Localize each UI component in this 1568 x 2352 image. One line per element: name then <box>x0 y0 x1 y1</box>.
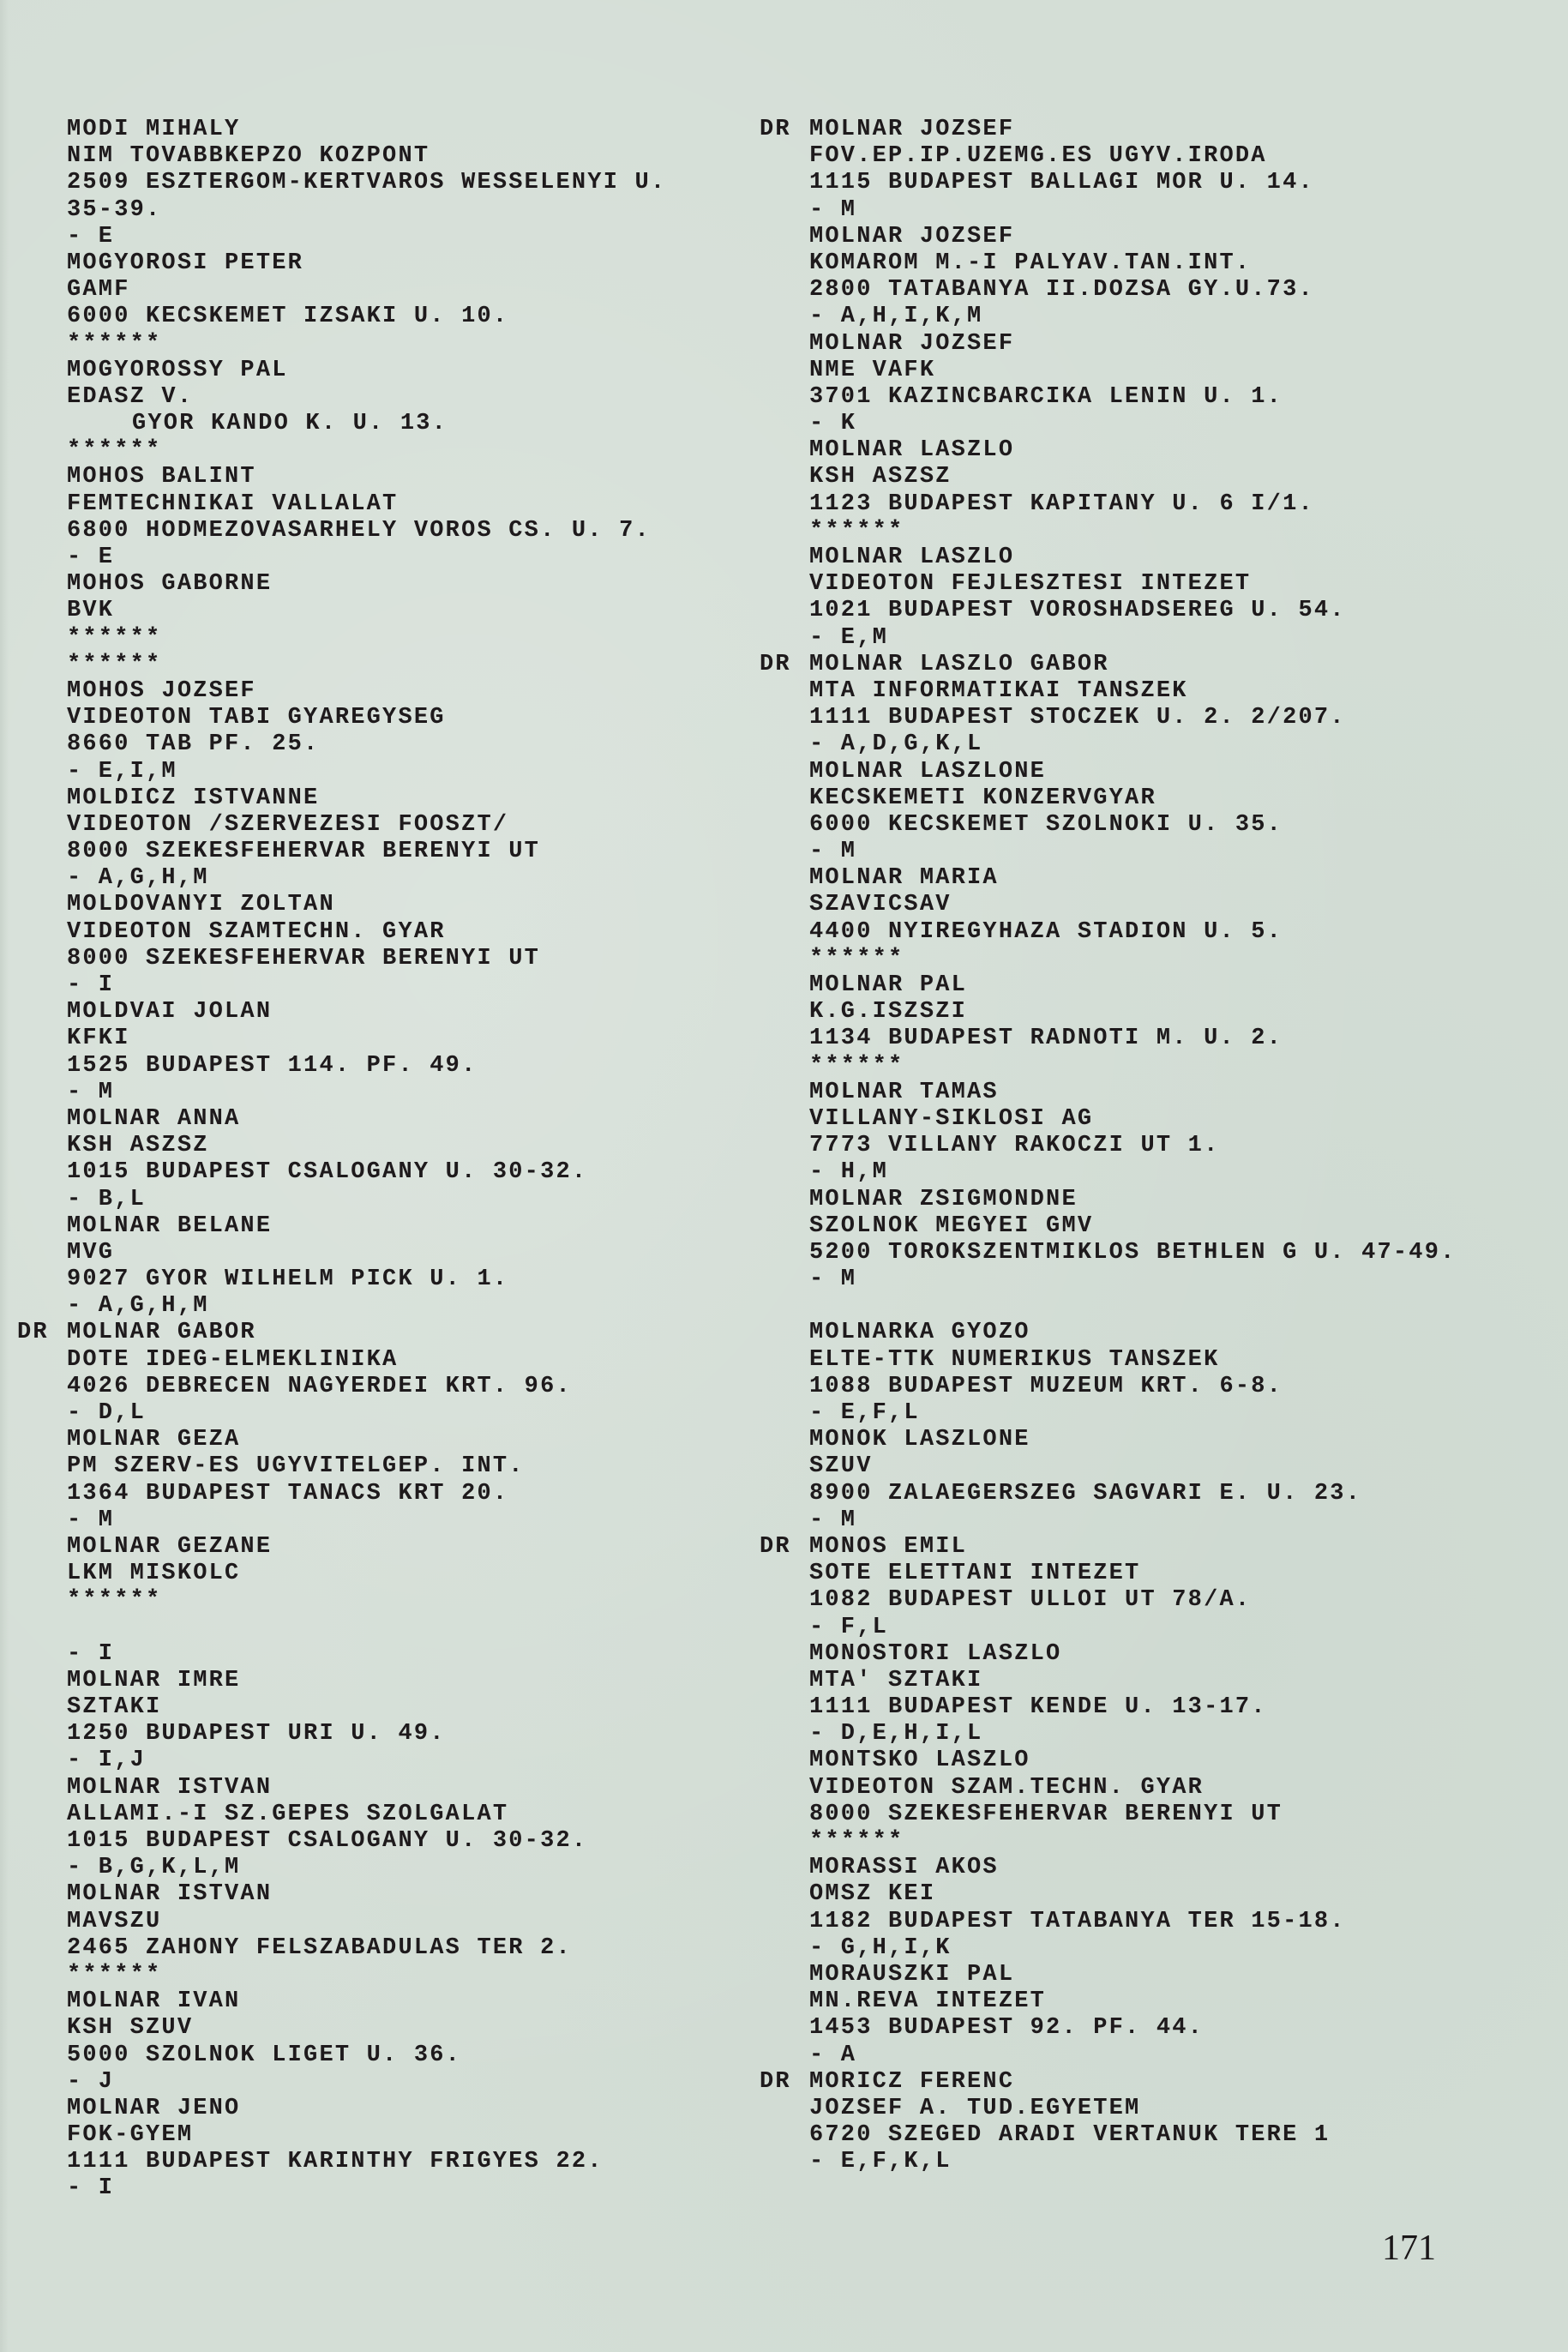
line-text: MONTSKO LASZLO <box>809 1747 1030 1773</box>
directory-line: - M <box>809 839 1457 865</box>
line-text: 1111 BUDAPEST KARINTHY FRIGYES 22. <box>67 2149 604 2175</box>
line-text: 1015 BUDAPEST CSALOGANY U. 30-32. <box>67 1828 587 1854</box>
line-text: BVK <box>67 598 114 623</box>
directory-line: - E,F,K,L <box>809 2149 1457 2175</box>
page-edge-shadow <box>0 0 9 2352</box>
directory-line: 6000 KECSKEMET SZOLNOKI U. 35. <box>809 812 1457 839</box>
directory-line: 9027 GYOR WILHELM PICK U. 1. <box>67 1266 666 1293</box>
directory-line: - A,G,H,M <box>67 1293 666 1320</box>
directory-line: BVK <box>67 598 666 624</box>
directory-line: - D,L <box>67 1400 666 1427</box>
directory-line: ****** <box>67 1962 666 1988</box>
directory-line: MOLNAR ISTVAN <box>67 1775 666 1802</box>
line-text: 1182 BUDAPEST TATABANYA TER 15-18. <box>809 1909 1346 1934</box>
line-text: MOHOS JOZSEF <box>67 678 256 704</box>
line-text: ****** <box>67 625 161 651</box>
directory-line: VIDEOTON /SZERVEZESI FOOSZT/ <box>67 812 666 839</box>
line-text: - B,L <box>67 1187 146 1212</box>
directory-line: - B,L <box>67 1187 666 1213</box>
directory-line: ALLAMI.-I SZ.GEPES SZOLGALAT <box>67 1802 666 1828</box>
line-text: 3701 KAZINCBARCIKA LENIN U. 1. <box>809 384 1283 410</box>
directory-line <box>809 1293 1457 1320</box>
line-text: KECSKEMETI KONZERVGYAR <box>809 785 1156 811</box>
line-text: MOHOS BALINT <box>67 464 256 490</box>
line-text: 2465 ZAHONY FELSZABADULAS TER 2. <box>67 1935 572 1961</box>
directory-line: 3701 KAZINCBARCIKA LENIN U. 1. <box>809 384 1457 411</box>
directory-line: - A <box>809 2042 1457 2069</box>
directory-line: 1015 BUDAPEST CSALOGANY U. 30-32. <box>67 1159 666 1186</box>
line-text: KSH ASZSZ <box>67 1133 209 1158</box>
directory-line: SZAVICSAV <box>809 892 1457 918</box>
directory-line: DRMOLNAR JOZSEF <box>809 117 1457 143</box>
directory-line: MONTSKO LASZLO <box>809 1747 1457 1774</box>
directory-line: KFKI <box>67 1026 666 1052</box>
directory-line: 5200 TOROKSZENTMIKLOS BETHLEN G U. 47-49… <box>809 1240 1457 1266</box>
title-prefix: DR <box>17 1320 49 1346</box>
directory-line: 4026 DEBRECEN NAGYERDEI KRT. 96. <box>67 1374 666 1400</box>
line-text: FOK-GYEM <box>67 2122 193 2148</box>
line-text: - K <box>809 411 856 436</box>
directory-line: MOLNAR JOZSEF <box>809 331 1457 358</box>
directory-line: 1364 BUDAPEST TANACS KRT 20. <box>67 1481 666 1507</box>
line-text: FOV.EP.IP.UZEMG.ES UGYV.IRODA <box>809 143 1267 169</box>
directory-line: - A,H,I,K,M <box>809 304 1457 330</box>
left-column: MODI MIHALYNIM TOVABBKEPZO KOZPONT2509 E… <box>67 117 666 2203</box>
directory-line: - I <box>67 1641 666 1668</box>
directory-line: MONOK LASZLONE <box>809 1427 1457 1453</box>
directory-line: - K <box>809 411 1457 437</box>
title-prefix: DR <box>760 652 791 678</box>
line-text: 2800 TATABANYA II.DOZSA GY.U.73. <box>809 277 1314 303</box>
directory-line: MVG <box>67 1240 666 1266</box>
directory-line: KSH ASZSZ <box>809 464 1457 490</box>
directory-line: - M <box>809 197 1457 224</box>
directory-line: SOTE ELETTANI INTEZET <box>809 1561 1457 1587</box>
directory-line: 1250 BUDAPEST URI U. 49. <box>67 1721 666 1747</box>
directory-line: MTA' SZTAKI <box>809 1668 1457 1694</box>
line-text: - I,J <box>67 1747 146 1773</box>
directory-line: 35-39. <box>67 197 666 224</box>
line-text: ****** <box>809 518 904 544</box>
title-prefix: DR <box>760 1534 791 1561</box>
line-text: DOTE IDEG-ELMEKLINIKA <box>67 1347 398 1373</box>
directory-line: GYOR KANDO K. U. 13. <box>67 411 666 437</box>
directory-line: 1111 BUDAPEST STOCZEK U. 2. 2/207. <box>809 705 1457 731</box>
line-text: 4026 DEBRECEN NAGYERDEI KRT. 96. <box>67 1374 572 1399</box>
directory-line: - G,H,I,K <box>809 1935 1457 1962</box>
line-text: JOZSEF A. TUD.EGYETEM <box>809 2096 1140 2121</box>
line-text: 8900 ZALAEGERSZEG SAGVARI E. U. 23. <box>809 1481 1361 1507</box>
line-text: ****** <box>809 1828 904 1854</box>
line-text: ELTE-TTK NUMERIKUS TANSZEK <box>809 1347 1219 1373</box>
directory-line: 1111 BUDAPEST KARINTHY FRIGYES 22. <box>67 2149 666 2175</box>
directory-line: - M <box>67 1507 666 1534</box>
line-text: 6720 SZEGED ARADI VERTANUK TERE 1 <box>809 2122 1330 2148</box>
line-text: KSH SZUV <box>67 2015 193 2041</box>
directory-line: 6000 KECSKEMET IZSAKI U. 10. <box>67 304 666 330</box>
line-text: MOLNAR LASZLONE <box>809 759 1046 785</box>
line-text: 1250 BUDAPEST URI U. 49. <box>67 1721 446 1747</box>
line-text: 1525 BUDAPEST 114. PF. 49. <box>67 1053 477 1079</box>
directory-line: - A,G,H,M <box>67 865 666 892</box>
line-text: 5200 TOROKSZENTMIKLOS BETHLEN G U. 47-49… <box>809 1240 1457 1266</box>
directory-line: 4400 NYIREGYHAZA STADION U. 5. <box>809 919 1457 946</box>
directory-line: - H,M <box>809 1159 1457 1186</box>
line-text: - E,I,M <box>67 759 177 785</box>
directory-line: FEMTECHNIKAI VALLALAT <box>67 491 666 518</box>
line-text: 6000 KECSKEMET IZSAKI U. 10. <box>67 304 508 329</box>
line-text: ****** <box>67 437 161 463</box>
line-text: MOLNAR PAL <box>809 972 967 998</box>
directory-line: DOTE IDEG-ELMEKLINIKA <box>67 1347 666 1374</box>
directory-line: KSH ASZSZ <box>67 1133 666 1159</box>
line-text: MAVSZU <box>67 1909 161 1934</box>
directory-line: LKM MISKOLC <box>67 1561 666 1587</box>
line-text: NIM TOVABBKEPZO KOZPONT <box>67 143 430 169</box>
line-text: ****** <box>67 652 161 677</box>
directory-line: 2465 ZAHONY FELSZABADULAS TER 2. <box>67 1935 666 1962</box>
directory-line: 1182 BUDAPEST TATABANYA TER 15-18. <box>809 1909 1457 1935</box>
directory-line: KOMAROM M.-I PALYAV.TAN.INT. <box>809 250 1457 277</box>
line-text: EDASZ V. <box>67 384 193 410</box>
directory-line: 6720 SZEGED ARADI VERTANUK TERE 1 <box>809 2122 1457 2149</box>
directory-line: MOLNAR ANNA <box>67 1106 666 1133</box>
directory-line: NIM TOVABBKEPZO KOZPONT <box>67 143 666 170</box>
line-text: MOLNAR IVAN <box>67 1988 240 2014</box>
line-text: 1115 BUDAPEST BALLAGI MOR U. 14. <box>809 170 1314 195</box>
directory-line: ****** <box>809 1828 1457 1855</box>
line-text: MOLNAR JOZSEF <box>809 224 1014 250</box>
directory-line: 7773 VILLANY RAKOCZI UT 1. <box>809 1133 1457 1159</box>
line-text: MOLNAR ZSIGMONDNE <box>809 1187 1078 1212</box>
directory-line: MOLDOVANYI ZOLTAN <box>67 892 666 918</box>
directory-line: - M <box>809 1266 1457 1293</box>
directory-line: ****** <box>67 331 666 358</box>
directory-line: - I <box>67 2175 666 2202</box>
directory-line: 6800 HODMEZOVASARHELY VOROS CS. U. 7. <box>67 518 666 544</box>
line-text: 1123 BUDAPEST KAPITANY U. 6 I/1. <box>809 491 1314 517</box>
line-text: - A,G,H,M <box>67 1293 209 1319</box>
directory-line: ****** <box>809 1053 1457 1080</box>
directory-line: - F,L <box>809 1615 1457 1641</box>
directory-line: VILLANY-SIKLOSI AG <box>809 1106 1457 1133</box>
line-text: GAMF <box>67 277 130 303</box>
line-text: SOTE ELETTANI INTEZET <box>809 1561 1140 1586</box>
line-text: GYOR KANDO K. U. 13. <box>67 411 448 436</box>
line-text: MOLNAR TAMAS <box>809 1080 999 1105</box>
line-text: MOLNAR ANNA <box>67 1106 240 1132</box>
line-text: 6000 KECSKEMET SZOLNOKI U. 35. <box>809 812 1283 838</box>
line-text: LKM MISKOLC <box>67 1561 240 1586</box>
directory-line: ****** <box>809 946 1457 972</box>
line-text: 6800 HODMEZOVASARHELY VOROS CS. U. 7. <box>67 518 651 544</box>
line-text: MOLNAR LASZLO <box>809 544 1014 570</box>
line-text: MOLNAR JENO <box>67 2096 240 2121</box>
line-text: MOLNAR GEZA <box>67 1427 240 1453</box>
directory-line <box>67 1615 666 1641</box>
directory-line: ****** <box>67 1587 666 1614</box>
line-text: MTA INFORMATIKAI TANSZEK <box>809 678 1188 704</box>
directory-line: 1525 BUDAPEST 114. PF. 49. <box>67 1053 666 1080</box>
directory-line: 1123 BUDAPEST KAPITANY U. 6 I/1. <box>809 491 1457 518</box>
directory-line: 1082 BUDAPEST ULLOI UT 78/A. <box>809 1587 1457 1614</box>
line-text: 1088 BUDAPEST MUZEUM KRT. 6-8. <box>809 1374 1283 1399</box>
line-text: MOLDOVANYI ZOLTAN <box>67 892 335 917</box>
line-text: ****** <box>67 1587 161 1613</box>
directory-line: DRMORICZ FERENC <box>809 2069 1457 2096</box>
line-text: - M <box>67 1080 114 1105</box>
line-text: - M <box>809 197 856 223</box>
directory-line: PM SZERV-ES UGYVITELGEP. INT. <box>67 1453 666 1480</box>
directory-line: VIDEOTON SZAMTECHN. GYAR <box>67 919 666 946</box>
line-text: 8000 SZEKESFEHERVAR BERENYI UT <box>809 1802 1283 1827</box>
line-text: - E <box>67 224 114 250</box>
line-text: 9027 GYOR WILHELM PICK U. 1. <box>67 1266 508 1292</box>
line-text: MOHOS GABORNE <box>67 571 272 597</box>
line-text: 1021 BUDAPEST VOROSHADSEREG U. 54. <box>809 598 1346 623</box>
line-text: K.G.ISZSZI <box>809 999 967 1025</box>
line-text: ****** <box>67 331 161 357</box>
directory-line: MOLNAR IVAN <box>67 1988 666 2015</box>
directory-line: FOV.EP.IP.UZEMG.ES UGYV.IRODA <box>809 143 1457 170</box>
line-text: - A,D,G,K,L <box>809 731 982 757</box>
line-text: KFKI <box>67 1026 130 1051</box>
directory-line: ****** <box>67 625 666 652</box>
directory-line: MAVSZU <box>67 1909 666 1935</box>
directory-line: K.G.ISZSZI <box>809 999 1457 1026</box>
line-text: MOLNAR MARIA <box>809 865 999 891</box>
line-text: - M <box>809 1507 856 1533</box>
line-text: - M <box>809 1266 856 1292</box>
line-text: VIDEOTON FEJLESZTESI INTEZET <box>809 571 1251 597</box>
line-text: MONOS EMIL <box>809 1534 967 1560</box>
line-text: 8000 SZEKESFEHERVAR BERENYI UT <box>67 839 540 864</box>
line-text: 1015 BUDAPEST CSALOGANY U. 30-32. <box>67 1159 587 1185</box>
line-text: - J <box>67 2069 114 2095</box>
directory-line: DRMOLNAR GABOR <box>67 1320 666 1346</box>
directory-line: 8000 SZEKESFEHERVAR BERENYI UT <box>67 839 666 865</box>
directory-line: 8000 SZEKESFEHERVAR BERENYI UT <box>67 946 666 972</box>
line-text: VILLANY-SIKLOSI AG <box>809 1106 1093 1132</box>
line-text: 4400 NYIREGYHAZA STADION U. 5. <box>809 919 1283 945</box>
directory-line: MOLNAR ISTVAN <box>67 1881 666 1908</box>
line-text: MOGYOROSI PETER <box>67 250 303 276</box>
directory-line: MOLNAR GEZA <box>67 1427 666 1453</box>
directory-line: OMSZ KEI <box>809 1881 1457 1908</box>
directory-line: JOZSEF A. TUD.EGYETEM <box>809 2096 1457 2122</box>
line-text: - D,L <box>67 1400 146 1426</box>
line-text: MOLDVAI JOLAN <box>67 999 272 1025</box>
directory-line: - E,M <box>809 625 1457 652</box>
directory-line: MN.REVA INTEZET <box>809 1988 1457 2015</box>
line-text: 1453 BUDAPEST 92. PF. 44. <box>809 2015 1204 2041</box>
line-text: - M <box>809 839 856 864</box>
directory-line: MOLNAR ZSIGMONDNE <box>809 1187 1457 1213</box>
line-text: MONOK LASZLONE <box>809 1427 1030 1453</box>
line-text: FEMTECHNIKAI VALLALAT <box>67 491 398 517</box>
title-prefix: DR <box>760 117 791 143</box>
directory-line: - J <box>67 2069 666 2096</box>
line-text: MOGYOROSSY PAL <box>67 358 288 383</box>
line-text: MOLNAR JOZSEF <box>809 331 1014 357</box>
line-text: SZTAKI <box>67 1694 161 1720</box>
right-column: DRMOLNAR JOZSEFFOV.EP.IP.UZEMG.ES UGYV.I… <box>809 117 1457 2175</box>
directory-line: - I <box>67 972 666 999</box>
directory-line: MOLDICZ ISTVANNE <box>67 785 666 812</box>
directory-line: MOLNAR MARIA <box>809 865 1457 892</box>
directory-line: NME VAFK <box>809 358 1457 384</box>
directory-line: - E <box>67 224 666 250</box>
line-text: - H,M <box>809 1159 888 1185</box>
line-text: VIDEOTON /SZERVEZESI FOOSZT/ <box>67 812 508 838</box>
line-text: - D,E,H,I,L <box>809 1721 982 1747</box>
directory-line: MOLNAR LASZLO <box>809 544 1457 571</box>
line-text: MOLNARKA GYOZO <box>809 1320 1030 1345</box>
line-text: - A,G,H,M <box>67 865 209 891</box>
line-text: MOLNAR GABOR <box>67 1320 256 1345</box>
line-text: MORAUSZKI PAL <box>809 1962 1014 1988</box>
line-text: ****** <box>809 1053 904 1079</box>
line-text: MOLNAR ISTVAN <box>67 1775 272 1801</box>
directory-line: - I,J <box>67 1747 666 1774</box>
directory-line: KSH SZUV <box>67 2015 666 2042</box>
line-text: 35-39. <box>67 197 161 223</box>
directory-line: MOLNAR LASZLONE <box>809 759 1457 785</box>
directory-line: 2800 TATABANYA II.DOZSA GY.U.73. <box>809 277 1457 304</box>
directory-line: - B,G,K,L,M <box>67 1855 666 1881</box>
line-text: SZUV <box>809 1453 873 1479</box>
line-text: MVG <box>67 1240 114 1266</box>
directory-line: MORAUSZKI PAL <box>809 1962 1457 1988</box>
directory-page: MODI MIHALYNIM TOVABBKEPZO KOZPONT2509 E… <box>0 0 1568 2352</box>
line-text: ALLAMI.-I SZ.GEPES SZOLGALAT <box>67 1802 508 1827</box>
directory-line: MOLNAR TAMAS <box>809 1080 1457 1106</box>
directory-line: SZTAKI <box>67 1694 666 1721</box>
line-text: MOLNAR BELANE <box>67 1213 272 1239</box>
directory-line: DRMONOS EMIL <box>809 1534 1457 1561</box>
line-text: - F,L <box>809 1615 888 1640</box>
line-text: - A <box>809 2042 856 2068</box>
directory-line: KECSKEMETI KONZERVGYAR <box>809 785 1457 812</box>
line-text: MOLNAR IMRE <box>67 1668 240 1693</box>
line-text: - I <box>67 2175 114 2201</box>
line-text: - B,G,K,L,M <box>67 1855 240 1880</box>
line-text: MOLNAR JOZSEF <box>809 117 1014 142</box>
directory-line: EDASZ V. <box>67 384 666 411</box>
line-text: VIDEOTON SZAM.TECHN. GYAR <box>809 1775 1204 1801</box>
line-text: 1134 BUDAPEST RADNOTI M. U. 2. <box>809 1026 1283 1051</box>
directory-line: - E,I,M <box>67 759 666 785</box>
line-text: MOLNAR LASZLO <box>809 437 1014 463</box>
directory-line: VIDEOTON TABI GYAREGYSEG <box>67 705 666 731</box>
directory-line: MOLNAR IMRE <box>67 1668 666 1694</box>
directory-line: ELTE-TTK NUMERIKUS TANSZEK <box>809 1347 1457 1374</box>
line-text: - I <box>67 1641 114 1667</box>
directory-line: MORASSI AKOS <box>809 1855 1457 1881</box>
line-text: MODI MIHALY <box>67 117 240 142</box>
line-text: 1364 BUDAPEST TANACS KRT 20. <box>67 1481 508 1507</box>
directory-line: MOLNAR LASZLO <box>809 437 1457 464</box>
directory-line: MOHOS GABORNE <box>67 571 666 598</box>
directory-line: - E <box>67 544 666 571</box>
directory-line: MOLNAR BELANE <box>67 1213 666 1240</box>
directory-line: 1111 BUDAPEST KENDE U. 13-17. <box>809 1694 1457 1721</box>
line-text: KSH ASZSZ <box>809 464 952 490</box>
directory-line: VIDEOTON FEJLESZTESI INTEZET <box>809 571 1457 598</box>
directory-line: SZUV <box>809 1453 1457 1480</box>
directory-line: 1021 BUDAPEST VOROSHADSEREG U. 54. <box>809 598 1457 624</box>
directory-line: MODI MIHALY <box>67 117 666 143</box>
directory-line: VIDEOTON SZAM.TECHN. GYAR <box>809 1775 1457 1802</box>
directory-line: 1115 BUDAPEST BALLAGI MOR U. 14. <box>809 170 1457 196</box>
line-text: - A,H,I,K,M <box>809 304 982 329</box>
line-text: - G,H,I,K <box>809 1935 952 1961</box>
directory-line: 1453 BUDAPEST 92. PF. 44. <box>809 2015 1457 2042</box>
line-text: MN.REVA INTEZET <box>809 1988 1046 2014</box>
line-text: MOLNAR LASZLO GABOR <box>809 652 1109 677</box>
directory-line: 5000 SZOLNOK LIGET U. 36. <box>67 2042 666 2069</box>
line-text: NME VAFK <box>809 358 935 383</box>
directory-line: MOHOS BALINT <box>67 464 666 490</box>
directory-line: 1134 BUDAPEST RADNOTI M. U. 2. <box>809 1026 1457 1052</box>
line-text: VIDEOTON TABI GYAREGYSEG <box>67 705 446 731</box>
directory-line: MONOSTORI LASZLO <box>809 1641 1457 1668</box>
directory-line: GAMF <box>67 277 666 304</box>
line-text: VIDEOTON SZAMTECHN. GYAR <box>67 919 446 945</box>
directory-line: 8000 SZEKESFEHERVAR BERENYI UT <box>809 1802 1457 1828</box>
line-text: ****** <box>67 1962 161 1988</box>
line-text: PM SZERV-ES UGYVITELGEP. INT. <box>67 1453 525 1479</box>
directory-line: MOLDVAI JOLAN <box>67 999 666 1026</box>
line-text: - E,M <box>809 625 888 651</box>
line-text: 8000 SZEKESFEHERVAR BERENYI UT <box>67 946 540 971</box>
line-text: - M <box>67 1507 114 1533</box>
page-number: 171 <box>1382 2228 1436 2269</box>
directory-line: DRMOLNAR LASZLO GABOR <box>809 652 1457 678</box>
line-text: - E <box>67 544 114 570</box>
line-text: MORASSI AKOS <box>809 1855 999 1880</box>
line-text: MORICZ FERENC <box>809 2069 1014 2095</box>
line-text: SZOLNOK MEGYEI GMV <box>809 1213 1093 1239</box>
line-text: - E,F,K,L <box>809 2149 952 2175</box>
directory-line: SZOLNOK MEGYEI GMV <box>809 1213 1457 1240</box>
directory-line: FOK-GYEM <box>67 2122 666 2149</box>
line-text: SZAVICSAV <box>809 892 952 917</box>
directory-line: 2509 ESZTERGOM-KERTVAROS WESSELENYI U. <box>67 170 666 196</box>
line-text: ****** <box>809 946 904 971</box>
directory-line: 8900 ZALAEGERSZEG SAGVARI E. U. 23. <box>809 1481 1457 1507</box>
directory-line: 1088 BUDAPEST MUZEUM KRT. 6-8. <box>809 1374 1457 1400</box>
directory-line: MOGYOROSSY PAL <box>67 358 666 384</box>
line-text: MONOSTORI LASZLO <box>809 1641 1061 1667</box>
line-text: 7773 VILLANY RAKOCZI UT 1. <box>809 1133 1219 1158</box>
line-text: 2509 ESZTERGOM-KERTVAROS WESSELENYI U. <box>67 170 666 195</box>
line-text: - I <box>67 972 114 998</box>
directory-line: - D,E,H,I,L <box>809 1721 1457 1747</box>
line-text: OMSZ KEI <box>809 1881 935 1907</box>
directory-line: ****** <box>67 652 666 678</box>
line-text: - E,F,L <box>809 1400 920 1426</box>
directory-line: MOLNAR GEZANE <box>67 1534 666 1561</box>
directory-line: - M <box>67 1080 666 1106</box>
directory-line: MOLNAR PAL <box>809 972 1457 999</box>
line-text: MTA' SZTAKI <box>809 1668 982 1693</box>
line-text: MOLDICZ ISTVANNE <box>67 785 319 811</box>
line-text: 8660 TAB PF. 25. <box>67 731 319 757</box>
line-text: KOMAROM M.-I PALYAV.TAN.INT. <box>809 250 1251 276</box>
directory-line: - M <box>809 1507 1457 1534</box>
directory-line: 1015 BUDAPEST CSALOGANY U. 30-32. <box>67 1828 666 1855</box>
